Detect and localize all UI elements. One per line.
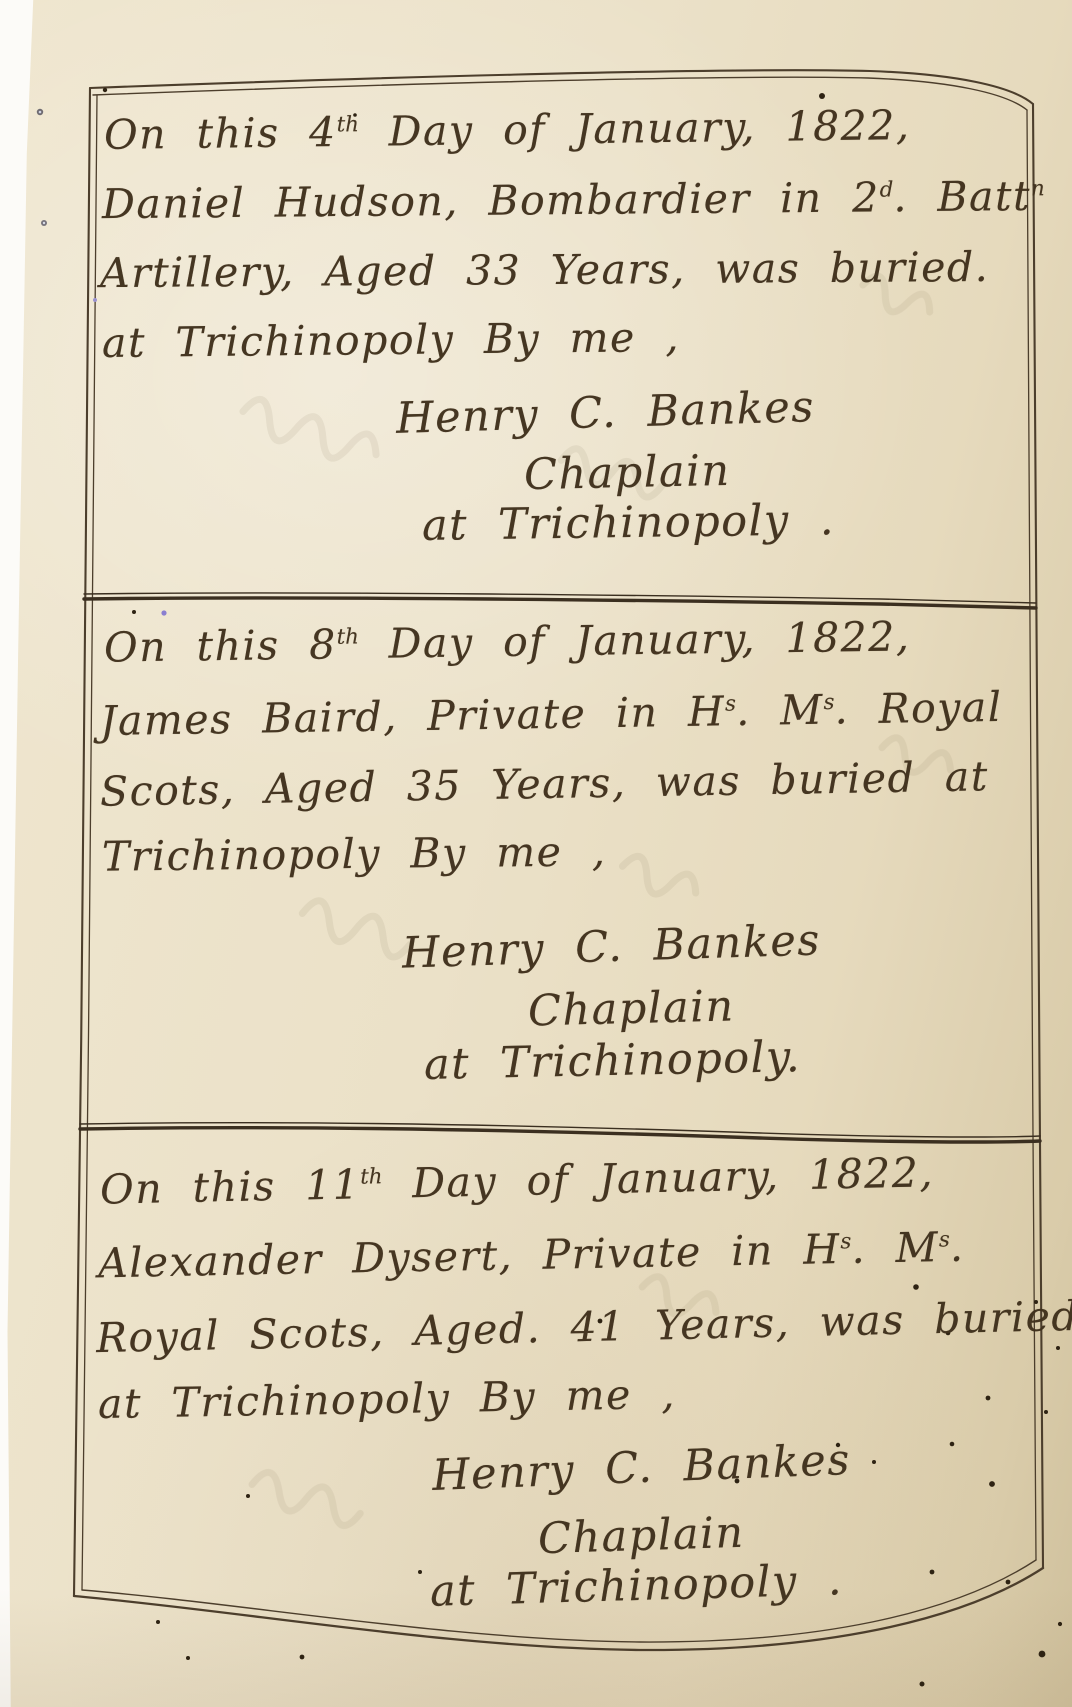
entry-line: James Baird, Private in Hs. Ms. Royal <box>100 683 1003 745</box>
signature-place: at Trichinopoly . <box>429 1555 843 1617</box>
entry-line: at Trichinopoly By me , <box>102 313 680 367</box>
signature-name: Henry C. Bankes <box>431 1435 851 1501</box>
signature-title: Chaplain <box>523 446 731 500</box>
register-entry-1: On this 4th Day of January, 1822, Daniel… <box>96 96 1046 596</box>
entry-line: Scots, Aged 35 Years, was buried at <box>100 752 989 816</box>
signature-place: at Trichinopoly . <box>422 495 836 551</box>
signature-name: Henry C. Bankes <box>395 382 815 444</box>
entry-line: Artillery, Aged 33 Years, was buried. <box>100 243 990 297</box>
entry-line: Daniel Hudson, Bombardier in 2d. Battn <box>102 172 1045 228</box>
signature-place: at Trichinopoly. <box>424 1032 802 1090</box>
entry-line: Alexander Dysert, Private in Hs. Ms. <box>98 1223 965 1288</box>
entry-line: at Trichinopoly By me , <box>98 1370 677 1428</box>
signature-title: Chaplain <box>537 1508 745 1564</box>
entry-line: Trichinopoly By me , <box>102 827 607 880</box>
register-entry-2: On this 8th Day of January, 1822, James … <box>96 600 1046 1124</box>
register-page-scan: On this 4th Day of January, 1822, Daniel… <box>0 0 1072 1707</box>
entry-line: Royal Scots, Aged. 41 Years, was buried <box>96 1292 1072 1362</box>
entry-line: On this 4th Day of January, 1822, <box>104 101 911 159</box>
entry-line: On this 11th Day of January, 1822, <box>100 1148 935 1213</box>
signature-name: Henry C. Bankes <box>401 915 821 978</box>
register-entry-3: On this 11th Day of January, 1822, Alexa… <box>96 1135 1046 1655</box>
signature-title: Chaplain <box>527 981 735 1036</box>
entry-line: On this 8th Day of January, 1822, <box>104 612 911 671</box>
